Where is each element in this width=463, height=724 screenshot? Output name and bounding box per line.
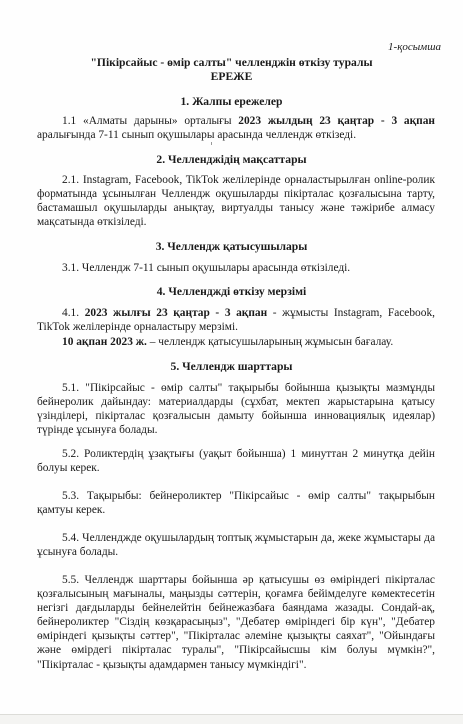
paragraph-4-2: 10 ақпан 2023 ж. – челлендж қатысушылары…: [37, 335, 435, 349]
paragraph-1-1-dates: 2023 жылдың 23 қаңтар - 3 ақпан: [238, 115, 435, 127]
paragraph-5-5: 5.5. Челлендж шарттары бойынша әр қатысу…: [37, 573, 435, 672]
document-page: 1-қосымша "Пікірсайыс - өмір салты" челл…: [0, 0, 463, 714]
paragraph-5-1: 5.1. "Пікірсайыс - өмір салты" тақырыбы …: [37, 381, 435, 437]
paragraph-5-3-text: 5.3. Тақырыбы: бейнероликтер "Пікірсайыс…: [37, 490, 435, 516]
paragraph-4-1-dates: 2023 жылғы 23 қаңтар - 3 ақпан: [85, 307, 268, 319]
paragraph-5-4: 5.4. Челленджде оқушылардың топтық жұмыс…: [37, 531, 435, 559]
section-heading-2: 2. Челленджідің мақсаттары: [0, 153, 463, 167]
paragraph-3-1: 3.1. Челлендж 7-11 сынып оқушылары арасы…: [37, 261, 435, 275]
page-bottom-edge: [0, 714, 463, 724]
paragraph-4-1: 4.1. 2023 жылғы 23 қаңтар - 3 ақпан - жұ…: [37, 306, 435, 334]
paragraph-4-2-date: 10 ақпан 2023 ж.: [62, 336, 147, 348]
paragraph-3-1-text: 3.1. Челлендж 7-11 сынып оқушылары арасы…: [62, 262, 350, 274]
paragraph-1-1-suffix: аралығында 7-11 сынып оқушылары арасында…: [37, 129, 356, 141]
paragraph-4-1-prefix: 4.1.: [62, 307, 85, 319]
paragraph-2-1-text: 2.1. Instagram, Facebook, TikTok желілер…: [37, 174, 435, 228]
paragraph-2-1: 2.1. Instagram, Facebook, TikTok желілер…: [37, 173, 435, 229]
paragraph-5-2-text: 5.2. Роликтердің ұзақтығы (уақыт бойынша…: [37, 448, 435, 474]
paragraph-5-5-text: 5.5. Челлендж шарттары бойынша әр қатысу…: [37, 574, 435, 671]
scan-speck: [211, 142, 212, 145]
section-heading-3: 3. Челлендж қатысушылары: [0, 240, 463, 254]
document-subtitle: ЕРЕЖЕ: [0, 70, 463, 84]
paragraph-5-3: 5.3. Тақырыбы: бейнероликтер "Пікірсайыс…: [37, 489, 435, 517]
paragraph-1-1: 1.1 «Алматы дарыны» орталығы 2023 жылдың…: [37, 114, 435, 142]
paragraph-4-2-suffix: – челлендж қатысушыларының жұмысын бағал…: [147, 336, 393, 348]
section-heading-5: 5. Челлендж шарттары: [0, 360, 463, 374]
paragraph-5-1-text: 5.1. "Пікірсайыс - өмір салты" тақырыбы …: [37, 382, 435, 436]
annex-label: 1-қосымша: [388, 41, 441, 53]
section-heading-4: 4. Челленджді өткізу мерзімі: [0, 285, 463, 299]
paragraph-1-1-prefix: 1.1 «Алматы дарыны» орталығы: [62, 115, 238, 127]
paragraph-5-4-text: 5.4. Челленджде оқушылардың топтық жұмыс…: [37, 532, 435, 558]
document-title: "Пікірсайыс - өмір салты" челленджін өтк…: [0, 56, 463, 70]
section-heading-1: 1. Жалпы ережелер: [0, 95, 463, 109]
paragraph-5-2: 5.2. Роликтердің ұзақтығы (уақыт бойынша…: [37, 447, 435, 475]
